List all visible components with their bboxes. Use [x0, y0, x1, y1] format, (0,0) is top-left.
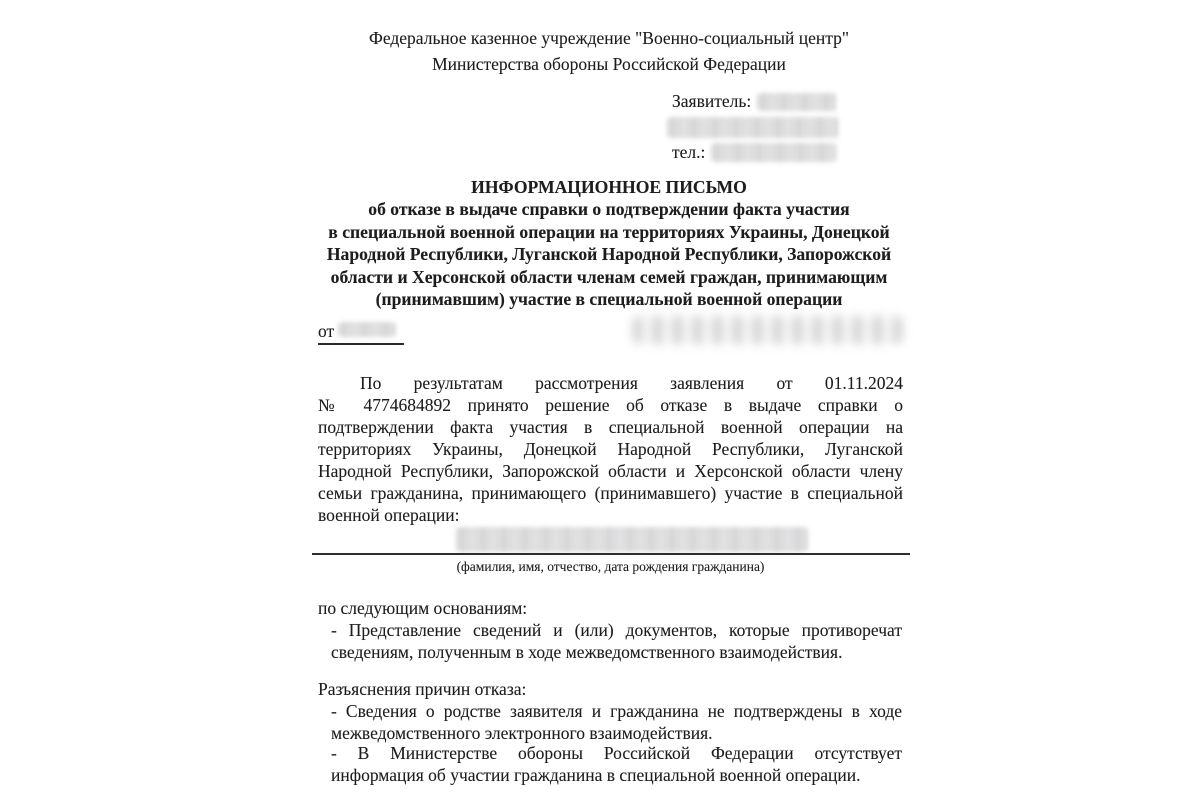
text-line: - В Министерстве обороны Российской Феде…	[331, 742, 902, 764]
text-line: - Сведения о родстве заявителя и граждан…	[331, 700, 902, 722]
text-line: об отказе в выдаче справки о подтвержден…	[304, 198, 914, 220]
text-line: - Представление сведений и (или) докумен…	[331, 619, 902, 641]
org-header: Федеральное казенное учреждение "Военно-…	[306, 25, 912, 77]
text-line: Народной Республики, Запорожской области…	[318, 460, 903, 482]
text-line: № 4774684892 принято решение об отказе в…	[318, 394, 903, 416]
applicant-row: Заявитель:	[672, 89, 838, 115]
applicant-label: Заявитель:	[672, 91, 751, 112]
grounds-label: по следующим основаниям:	[318, 597, 527, 619]
text-line: межведомственного электронного взаимодей…	[331, 722, 902, 744]
name-caption: (фамилия, имя, отчество, дата рождения г…	[318, 558, 903, 576]
text-line: территориях Украины, Донецкой Народной Р…	[318, 438, 903, 460]
applicant-row	[672, 115, 838, 141]
ground-item-1: - Представление сведений и (или) докумен…	[331, 619, 902, 663]
text-line: сведениям, полученным в ходе межведомств…	[331, 641, 902, 663]
applicant-block: Заявитель: тел.:	[672, 89, 838, 166]
redacted-citizen-name	[457, 527, 807, 552]
applicant-row: тел.:	[672, 140, 838, 166]
text-line: области и Херсонской области членам семе…	[304, 266, 914, 288]
name-underline-rule	[312, 553, 910, 555]
reason-item-2: - В Министерстве обороны Российской Феде…	[331, 742, 902, 786]
reason-item-1: - Сведения о родстве заявителя и граждан…	[331, 700, 902, 744]
text-line: Федеральное казенное учреждение "Военно-…	[306, 25, 912, 51]
text-line: (принимавшим) участие в специальной воен…	[304, 288, 914, 310]
text-line: военной операции:	[318, 504, 903, 526]
redacted-addressee-block	[633, 316, 903, 344]
reasons-label: Разъяснения причин отказа:	[318, 678, 526, 700]
decision-paragraph: По результатам рассмотрения заявления от…	[318, 372, 903, 526]
text-line: Министерства обороны Российской Федераци…	[306, 51, 912, 77]
redacted-phone-number	[712, 143, 836, 162]
redacted-applicant-name	[758, 93, 836, 111]
text-line: подтверждении факта участия в специально…	[318, 416, 903, 438]
document-page: Федеральное казенное учреждение "Военно-…	[0, 0, 1198, 798]
text-line: ИНФОРМАЦИОННОЕ ПИСЬМО	[304, 176, 914, 198]
text-line: По результатам рассмотрения заявления от…	[318, 372, 903, 394]
from-label: от	[318, 321, 334, 341]
text-line: Народной Республики, Луганской Народной …	[304, 243, 914, 265]
applicant-phone-label: тел.:	[672, 142, 705, 163]
text-line: в специальной военной операции на террит…	[304, 221, 914, 243]
text-line: семьи гражданина, принимающего (принимав…	[318, 482, 903, 504]
from-line: от	[318, 320, 404, 345]
document-title: ИНФОРМАЦИОННОЕ ПИСЬМОоб отказе в выдаче …	[304, 176, 914, 310]
redacted-from-date	[339, 322, 395, 337]
text-line: информация об участии гражданина в специ…	[331, 764, 902, 786]
redacted-applicant-address	[668, 117, 838, 138]
